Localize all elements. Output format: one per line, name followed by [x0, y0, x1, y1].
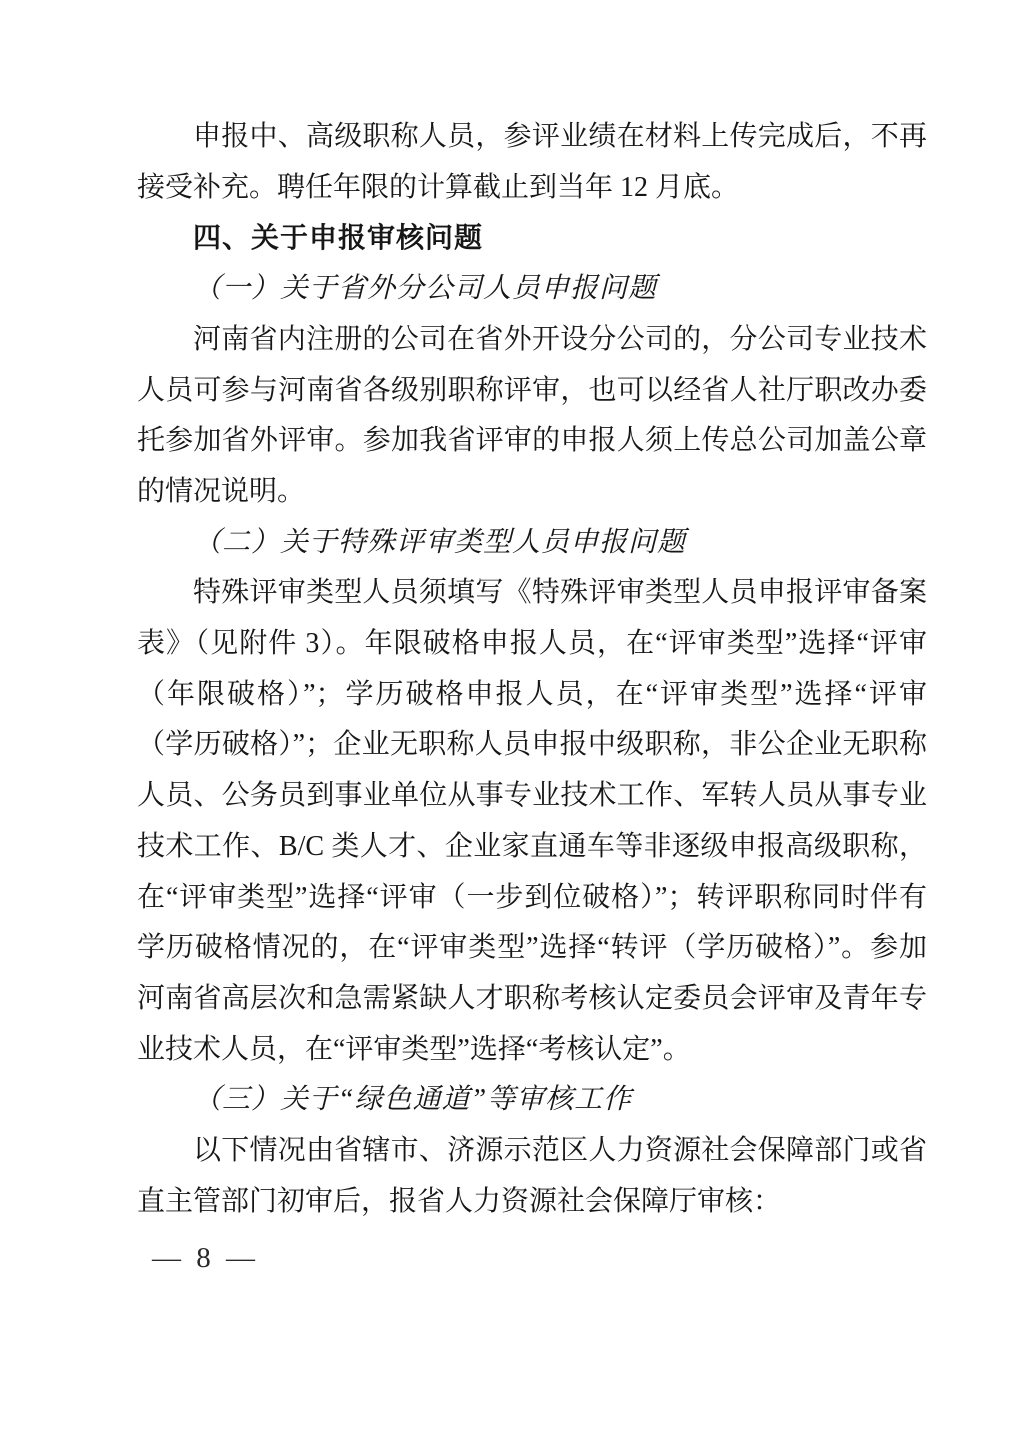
subsection-heading-1: （一）关于省外分公司人员申报问题	[137, 264, 927, 315]
paragraph-green-channel-review: 以下情况由省辖市、济源示范区人力资源社会保障部门或省直主管部门初审后，报省人力资…	[137, 1126, 927, 1227]
paragraph-deadline-note: 申报中、高级职称人员，参评业绩在材料上传完成后，不再接受补充。聘任年限的计算截止…	[137, 112, 927, 213]
subsection-heading-2: （二）关于特殊评审类型人员申报问题	[137, 518, 927, 569]
paragraph-branch-company: 河南省内注册的公司在省外开设分公司的，分公司专业技术人员可参与河南省各级别职称评…	[137, 315, 927, 518]
paragraph-special-review-types: 特殊评审类型人员须填写《特殊评审类型人员申报评审备案表》（见附件 3）。年限破格…	[137, 568, 927, 1075]
document-body: 申报中、高级职称人员，参评业绩在材料上传完成后，不再接受补充。聘任年限的计算截止…	[137, 112, 927, 1227]
section-heading-4: 四、关于申报审核问题	[137, 213, 927, 264]
document-page: 申报中、高级职称人员，参评业绩在材料上传完成后，不再接受补充。聘任年限的计算截止…	[0, 0, 1024, 1448]
page-number: — 8 —	[152, 1238, 259, 1278]
subsection-heading-3: （三）关于“绿色通道”等审核工作	[137, 1075, 927, 1126]
